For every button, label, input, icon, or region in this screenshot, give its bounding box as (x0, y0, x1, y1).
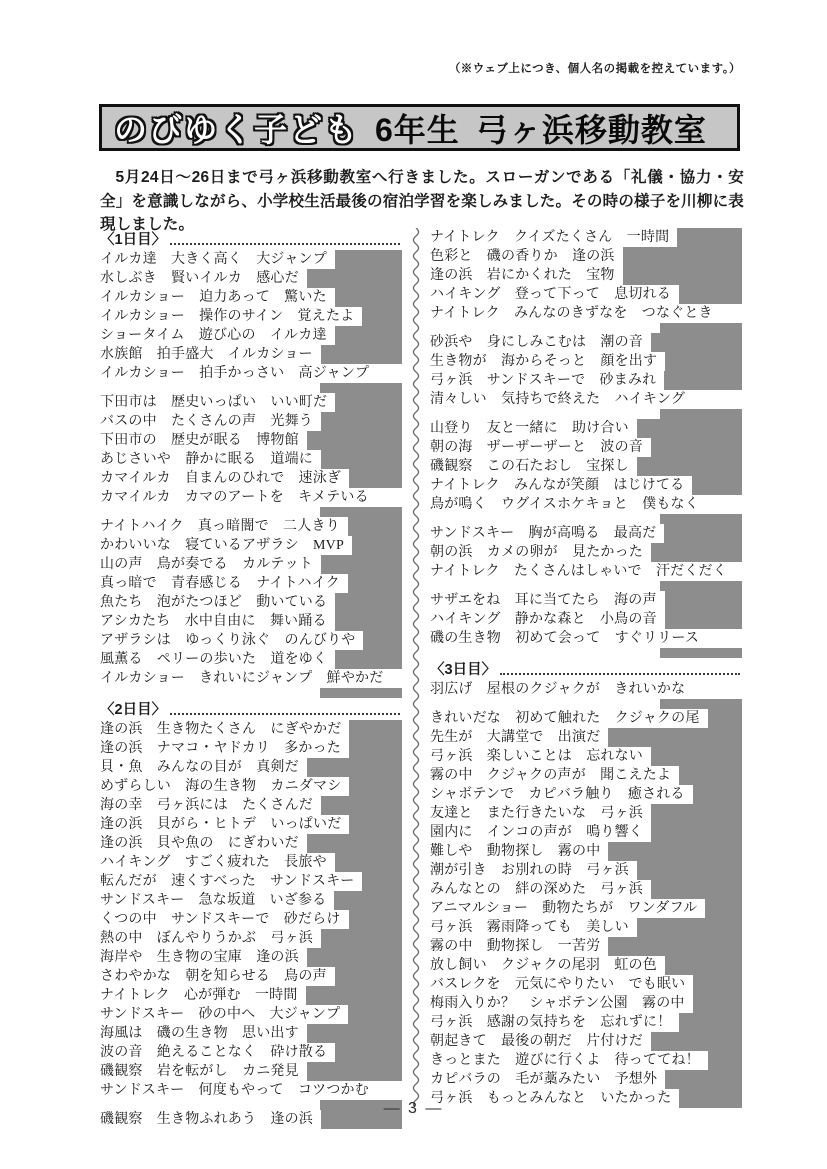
poem-text: 生き物が 海からそっと 顔を出す (430, 352, 657, 371)
poem-line: ナイトレク みんなが笑顔 はじけてる (430, 476, 742, 495)
poem-line: 園内に インコの声が 鳴り響く (430, 823, 742, 842)
poem-text: 弓ヶ浜 サンドスキーで 砂まみれ (430, 371, 656, 390)
poem-line: サンドスキー 砂の中へ 大ジャンプ (100, 1005, 402, 1024)
poem-text: イルカショー きれいにジャンプ 鮮やかだ (100, 669, 383, 688)
redacted-name-box (307, 431, 402, 450)
redacted-name-box (320, 507, 402, 517)
event-title: 弓ヶ浜移動教室 (476, 105, 707, 151)
poem-text: ショータイム 遊び心の イルカ達 (100, 326, 327, 345)
redacted-name-box (637, 419, 742, 438)
redacted-name-box (307, 834, 402, 853)
redacted-name-box (693, 994, 742, 1013)
redacted-name-box (660, 323, 742, 333)
scanned-newsletter-page: { "colors":{"redaction":"#8d8d8d","banne… (0, 0, 827, 1169)
poem-text: カマイルカ カマのアートを キメテいる (100, 488, 369, 507)
poem-line: ナイトハイク 真っ暗闇で 二人きり (100, 517, 402, 536)
poem-line: 下田市は 歴史いっぱい いい町だ (100, 393, 402, 412)
poem-text: イルカ達 大きく高く 大ジャンプ (100, 250, 327, 269)
redacted-name-box (608, 728, 742, 747)
poem-line: 霧の中 動物探し 一苦労 (430, 937, 742, 956)
redacted-name-box (320, 383, 402, 393)
poem-line: 山登り 友と一緒に 助け合い (430, 419, 742, 438)
section-header: 〈1日目〉 (100, 228, 402, 250)
poem-text: アニマルショー 動物たちが ワンダフル (430, 899, 697, 918)
poem-line: 山の声 鳥が奏でる カルテット (100, 555, 402, 574)
poem-text: 熱の中 ぼんやりうかぶ 弓ヶ浜 (100, 929, 313, 948)
poem-text: イルカショー 拍手かっさい 高ジャンプ (100, 364, 369, 383)
redacted-name-box (349, 739, 402, 758)
redacted-name-box (665, 610, 742, 629)
poem-text: さわやかな 朝を知らせる 鳥の声 (100, 967, 327, 986)
poem-text: 逢の浜 貝や魚の にぎわいだ (100, 834, 299, 853)
poem-text: ハイキング すごく疲れた 長旅や (100, 853, 327, 872)
poem-text: ハイキング 登って下って 息切れる (430, 285, 671, 304)
poem-text: 先生が 大講堂で 出演だ (430, 728, 600, 747)
poem-line: 海岸や 生き物の宝庫 逢の浜 (100, 948, 402, 967)
redacted-name-box (693, 785, 742, 804)
redacted-name-box (335, 1043, 402, 1062)
poem-line: ハイキング すごく疲れた 長旅や (100, 853, 402, 872)
poem-line: 砂浜や 身にしみこむは 潮の音 (430, 333, 742, 352)
redacted-name-box (335, 967, 402, 986)
redacted-name-box (637, 918, 742, 937)
poem-text: 朝の浜 カメの卵が 見たかった (430, 543, 643, 562)
poem-text: シャボテンで カピバラ触り 癒される (430, 785, 685, 804)
poem-text: 園内に インコの声が 鳴り響く (430, 823, 643, 842)
dotted-leader (170, 243, 400, 245)
poem-text: アザラシは ゆっくり泳ぐ のんびりや (100, 631, 355, 650)
redacted-name-box (708, 709, 742, 728)
poem-text: サンドスキー 砂の中へ 大ジャンプ (100, 1005, 340, 1024)
poem-line: イルカショー 迫力あって 驚いた (100, 288, 402, 307)
stanza-gap (100, 383, 402, 393)
redacted-name-box (321, 450, 402, 469)
stanza-gap (430, 648, 742, 658)
poem-text: 山の声 鳥が奏でる カルテット (100, 555, 313, 574)
poem-text: 霧の中 クジャクの声が 聞こえたよ (430, 766, 671, 785)
poem-text: 水族館 拍手盛大 イルカショー (100, 345, 313, 364)
poem-line: 朝の海 ザーザーザーと 波の音 (430, 438, 742, 457)
redacted-name-box (363, 631, 402, 650)
redacted-name-box (335, 650, 402, 669)
redacted-name-box (679, 766, 742, 785)
redacted-name-box (349, 720, 402, 739)
poem-line: 逢の浜 生き物たくさん にぎやかだ (100, 720, 402, 739)
redacted-name-box (335, 853, 402, 872)
redacted-name-box (321, 929, 402, 948)
redacted-name-box (679, 1013, 742, 1032)
poem-line: 逢の浜 貝がら・ヒトデ いっぱいだ (100, 815, 402, 834)
poem-line: 海の幸 弓ヶ浜には たくさんだ (100, 796, 402, 815)
redacted-name-box (307, 269, 402, 288)
poem-line: 逢の浜 貝や魚の にぎわいだ (100, 834, 402, 853)
redacted-name-box (651, 804, 742, 823)
section-label: 〈2日目〉 (100, 700, 166, 720)
redacted-name-box (651, 438, 742, 457)
poem-text: くつの中 サンドスキーで 砂だらけ (100, 910, 341, 929)
stanza-gap (430, 581, 742, 591)
poem-line: ナイトレク みんなのきずなを つなぐとき (430, 304, 742, 323)
poem-text: カマイルカ 自まんのひれで 速泳ぎ (100, 469, 341, 488)
poem-text: 磯観察 この石たおし 宝探し (430, 457, 629, 476)
poem-line: 鳥が鳴く ウグイスホケキョと 僕もなく (430, 495, 742, 514)
privacy-note: （※ウェブ上につき、個人名の掲載を控えています。） (449, 60, 741, 76)
redacted-name-box (623, 266, 742, 285)
poem-line: ナイトレク 心が弾む 一時間 (100, 986, 402, 1005)
poem-text: ナイトレク たくさんはしゃいで 汗だくだく (430, 562, 727, 581)
poem-line: あじさいや 静かに眠る 道端に (100, 450, 402, 469)
poem-text: ナイトレク 心が弾む 一時間 (100, 986, 298, 1005)
poem-line: かわいいな 寝ているアザラシ MVP (100, 536, 402, 555)
dotted-leader (170, 713, 400, 715)
poem-line: カマイルカ カマのアートを キメテいる (100, 488, 402, 507)
redacted-name-box (651, 747, 742, 766)
stanza-gap (430, 514, 742, 524)
section-label: 〈3日目〉 (430, 660, 496, 680)
wavy-line-path (414, 228, 419, 1106)
poem-line: 友達と また行きたいな 弓ヶ浜 (430, 804, 742, 823)
stanza-gap (430, 409, 742, 419)
poem-text: サンドスキー 何度もやって コツつかむ (100, 1081, 369, 1100)
poem-line: くつの中 サンドスキーで 砂だらけ (100, 910, 402, 929)
poem-text: あじさいや 静かに眠る 道端に (100, 450, 313, 469)
poem-line: 貝・魚 みんなの目が 真剣だ (100, 758, 402, 777)
poem-line: 真っ暗で 青春感じる ナイトハイク (100, 574, 402, 593)
poem-line: サンドスキー 何度もやって コツつかむ (100, 1081, 402, 1100)
poem-text: みんなとの 絆の深めた 弓ヶ浜 (430, 880, 643, 899)
poem-text: バスの中 たくさんの声 光舞う (100, 412, 313, 431)
poem-line: 波の音 絶えることなく 砕け散る (100, 1043, 402, 1062)
poem-text: 砂浜や 身にしみこむは 潮の音 (430, 333, 643, 352)
poem-text: 清々しい 気持ちで終えた ハイキング (430, 390, 685, 409)
page-number: — 3 — (0, 1100, 827, 1118)
poem-text: 下田市の 歴史が眠る 博物館 (100, 431, 299, 450)
poem-text: サザエをね 耳に当てたら 海の声 (430, 591, 657, 610)
redacted-name-box (660, 699, 742, 709)
poem-text: 難しや 動物探し 霧の中 (430, 842, 600, 861)
redacted-name-box (306, 986, 402, 1005)
section-header: 〈3日目〉 (430, 658, 742, 680)
poem-line: きっとまた 遊びに行くよ 待っててね！ (430, 1051, 742, 1070)
dotted-leader (500, 673, 740, 675)
poem-text: 海岸や 生き物の宝庫 逢の浜 (100, 948, 299, 967)
poem-line: イルカショー きれいにジャンプ 鮮やかだ (100, 669, 402, 688)
poem-column-right: ナイトレク クイズたくさん 一時間色彩と 磯の香りか 逢の浜逢の浜 岩にかくれた… (430, 228, 742, 1129)
poem-text: 海の幸 弓ヶ浜には たくさんだ (100, 796, 313, 815)
poem-line: 魚たち 泡がたつほど 動いている (100, 593, 402, 612)
poem-text: 潮が引き お別れの時 弓ヶ浜 (430, 861, 629, 880)
poem-line: 磯観察 この石たおし 宝探し (430, 457, 742, 476)
poem-line: 清々しい 気持ちで終えた ハイキング (430, 390, 742, 409)
poem-line: アザラシは ゆっくり泳ぐ のんびりや (100, 631, 402, 650)
redacted-name-box (349, 469, 402, 488)
poem-text: カピバラの 毛が藁みたい 予想外 (430, 1070, 657, 1089)
redacted-name-box (705, 899, 742, 918)
poem-line: 弓ヶ浜 楽しいことは 忘れない (430, 747, 742, 766)
poem-text: 転んだが 速くすべった サンドスキー (100, 872, 354, 891)
poem-line: めずらしい 海の生き物 カニダマシ (100, 777, 402, 796)
poem-line: 逢の浜 岩にかくれた 宝物 (430, 266, 742, 285)
redacted-name-box (651, 543, 742, 562)
poem-line: バスレクを 元気にやりたい でも眠い (430, 975, 742, 994)
poem-text: 水しぶき 賢いイルカ 感心だ (100, 269, 299, 288)
poem-text: 色彩と 磯の香りか 逢の浜 (430, 247, 615, 266)
redacted-name-box (349, 777, 402, 796)
poem-line: 磯観察 岩を転がし カニ発見 (100, 1062, 402, 1081)
poem-line: 色彩と 磯の香りか 逢の浜 (430, 247, 742, 266)
section-label: 〈1日目〉 (100, 230, 166, 250)
poem-line: 霧の中 クジャクの声が 聞こえたよ (430, 766, 742, 785)
redacted-name-box (349, 910, 402, 929)
redacted-name-box (321, 345, 402, 364)
poem-text: めずらしい 海の生き物 カニダマシ (100, 777, 341, 796)
poem-line: ショータイム 遊び心の イルカ達 (100, 326, 402, 345)
redacted-name-box (335, 593, 402, 612)
redacted-name-box (660, 648, 742, 658)
poem-text: きっとまた 遊びに行くよ 待っててね！ (430, 1051, 700, 1070)
poem-text: アシカたち 水中自由に 舞い踊る (100, 612, 327, 631)
poem-line: 羽広げ 屋根のクジャクが きれいかな (430, 680, 742, 699)
poem-text: 梅雨入りか？ シャボテン公園 霧の中 (430, 994, 685, 1013)
poem-text: ナイトレク クイズたくさん 一時間 (430, 228, 669, 247)
redacted-name-box (708, 1051, 742, 1070)
poem-line: バスの中 たくさんの声 光舞う (100, 412, 402, 431)
poem-line: 転んだが 速くすべった サンドスキー (100, 872, 402, 891)
redacted-name-box (665, 591, 742, 610)
poem-text: きれいだな 初めて触れた クジャクの尾 (430, 709, 700, 728)
redacted-name-box (335, 250, 402, 269)
redacted-name-box (651, 333, 742, 352)
redacted-name-box (665, 956, 742, 975)
poem-text: 貝・魚 みんなの目が 真剣だ (100, 758, 299, 777)
poem-line: 風薫る ペリーの歩いた 道をゆく (100, 650, 402, 669)
poem-line: みんなとの 絆の深めた 弓ヶ浜 (430, 880, 742, 899)
redacted-name-box (679, 285, 742, 304)
redacted-name-box (651, 880, 742, 899)
redacted-name-box (334, 891, 402, 910)
poem-line: 先生が 大講堂で 出演だ (430, 728, 742, 747)
stanza-gap (100, 688, 402, 698)
redacted-name-box (335, 288, 402, 307)
redacted-name-box (307, 1024, 402, 1043)
stanza-gap (430, 323, 742, 333)
poem-text: 逢の浜 ナマコ・ヤドカリ 多かった (100, 739, 341, 758)
redacted-name-box (637, 457, 742, 476)
redacted-name-box (623, 247, 742, 266)
poem-line: 生き物が 海からそっと 顔を出す (430, 352, 742, 371)
intro-paragraph: 5月24日～26日まで弓ヶ浜移動教室へ行きました。スローガンである「礼儀・協力・… (100, 166, 744, 237)
poem-text: 真っ暗で 青春感じる ナイトハイク (100, 574, 340, 593)
poem-line: 水しぶき 賢いイルカ 感心だ (100, 269, 402, 288)
redacted-name-box (348, 1005, 402, 1024)
poem-line: 難しや 動物探し 霧の中 (430, 842, 742, 861)
poem-line: 朝の浜 カメの卵が 見たかった (430, 543, 742, 562)
redacted-name-box (362, 872, 402, 891)
poem-text: イルカショー 操作のサイン 覚えたよ (100, 307, 354, 326)
poem-text: ナイトハイク 真っ暗闇で 二人きり (100, 517, 340, 536)
poem-line: 弓ヶ浜 感謝の気持ちを 忘れずに！ (430, 1013, 742, 1032)
poem-text: 逢の浜 貝がら・ヒトデ いっぱいだ (100, 815, 341, 834)
poem-text: 磯観察 岩を転がし カニ発見 (100, 1062, 299, 1081)
poem-line: 下田市の 歴史が眠る 博物館 (100, 431, 402, 450)
poem-line: シャボテンで カピバラ触り 癒される (430, 785, 742, 804)
wavy-divider-svg (409, 228, 423, 1106)
poem-line: 潮が引き お別れの時 弓ヶ浜 (430, 861, 742, 880)
poem-text: ナイトレク みんなが笑顔 はじけてる (430, 476, 684, 495)
poem-line: アニマルショー 動物たちが ワンダフル (430, 899, 742, 918)
redacted-name-box (664, 371, 742, 390)
redacted-name-box (651, 823, 742, 842)
redacted-name-box (335, 393, 402, 412)
poem-line: ナイトレク クイズたくさん 一時間 (430, 228, 742, 247)
poem-line: 弓ヶ浜 霧雨降っても 美しい (430, 918, 742, 937)
poem-text: 鳥が鳴く ウグイスホケキョと 僕もなく (430, 495, 699, 514)
redacted-name-box (665, 352, 742, 371)
poem-text: ハイキング 静かな森と 小鳥の音 (430, 610, 657, 629)
redacted-name-box (320, 688, 402, 698)
section-header: 〈2日目〉 (100, 698, 402, 720)
poem-line: サザエをね 耳に当てたら 海の声 (430, 591, 742, 610)
poem-text: かわいいな 寝ているアザラシ MVP (100, 536, 344, 555)
stanza-gap (100, 507, 402, 517)
poem-text: 弓ヶ浜 楽しいことは 忘れない (430, 747, 643, 766)
poem-text: 磯の生き物 初めて会って すぐリリース (430, 629, 699, 648)
poem-line: ハイキング 登って下って 息切れる (430, 285, 742, 304)
poem-line: 磯の生き物 初めて会って すぐリリース (430, 629, 742, 648)
redacted-name-box (664, 524, 742, 543)
poem-text: 海風は 磯の生き物 思い出す (100, 1024, 299, 1043)
poem-text: 魚たち 泡がたつほど 動いている (100, 593, 327, 612)
poem-line: 放し飼い クジャクの尾羽 虹の色 (430, 956, 742, 975)
poem-text: バスレクを 元気にやりたい でも眠い (430, 975, 685, 994)
poem-text: イルカショー 迫力あって 驚いた (100, 288, 327, 307)
poem-line: イルカ達 大きく高く 大ジャンプ (100, 250, 402, 269)
poem-text: 友達と また行きたいな 弓ヶ浜 (430, 804, 643, 823)
poem-line: 逢の浜 ナマコ・ヤドカリ 多かった (100, 739, 402, 758)
poem-text: 下田市は 歴史いっぱい いい町だ (100, 393, 327, 412)
poem-line: カピバラの 毛が藁みたい 予想外 (430, 1070, 742, 1089)
poem-text: 放し飼い クジャクの尾羽 虹の色 (430, 956, 657, 975)
redacted-name-box (349, 815, 402, 834)
poem-line: さわやかな 朝を知らせる 鳥の声 (100, 967, 402, 986)
redacted-name-box (608, 937, 742, 956)
redacted-name-box (321, 796, 402, 815)
poem-column-left: 〈1日目〉イルカ達 大きく高く 大ジャンプ水しぶき 賢いイルカ 感心だイルカショ… (100, 228, 402, 1129)
poem-text: サンドスキー 急な坂道 いざ参る (100, 891, 326, 910)
redacted-name-box (352, 536, 402, 555)
poem-line: サンドスキー 急な坂道 いざ参る (100, 891, 402, 910)
redacted-name-box (348, 517, 402, 536)
poem-line: 熱の中 ぼんやりうかぶ 弓ヶ浜 (100, 929, 402, 948)
redacted-name-box (665, 1070, 742, 1089)
redacted-name-box (362, 307, 402, 326)
poem-text: サンドスキー 胸が高鳴る 最高だ (430, 524, 656, 543)
poem-line: 朝起きて 最後の朝だ 片付けだ (430, 1032, 742, 1051)
poem-line: 水族館 拍手盛大 イルカショー (100, 345, 402, 364)
poem-line: イルカショー 操作のサイン 覚えたよ (100, 307, 402, 326)
redacted-name-box (348, 574, 402, 593)
poem-line: 弓ヶ浜 サンドスキーで 砂まみれ (430, 371, 742, 390)
poem-line: ナイトレク たくさんはしゃいで 汗だくだく (430, 562, 742, 581)
title-banner: のびゆく子ども 6年生 弓ヶ浜移動教室 (99, 104, 740, 151)
column-divider (402, 228, 430, 1129)
poem-text: 風薫る ペリーの歩いた 道をゆく (100, 650, 327, 669)
poem-line: アシカたち 水中自由に 舞い踊る (100, 612, 402, 631)
poem-text: 朝起きて 最後の朝だ 片付けだ (430, 1032, 643, 1051)
redacted-name-box (307, 948, 402, 967)
poem-text: 弓ヶ浜 霧雨降っても 美しい (430, 918, 629, 937)
poem-text: 逢の浜 岩にかくれた 宝物 (430, 266, 615, 285)
stanza-gap (430, 699, 742, 709)
poem-text: 羽広げ 屋根のクジャクが きれいかな (430, 680, 685, 699)
poem-text: 弓ヶ浜 感謝の気持ちを 忘れずに！ (430, 1013, 671, 1032)
redacted-name-box (321, 412, 402, 431)
grade-label: 6年生 (375, 105, 460, 151)
redacted-name-box (335, 612, 402, 631)
poem-line: サンドスキー 胸が高鳴る 最高だ (430, 524, 742, 543)
poem-text: 山登り 友と一緒に 助け合い (430, 419, 629, 438)
redacted-name-box (637, 861, 742, 880)
newsletter-title: のびゆく子ども (114, 104, 359, 151)
poem-line: ハイキング 静かな森と 小鳥の音 (430, 610, 742, 629)
poem-text: ナイトレク みんなのきずなを つなぐとき (430, 304, 713, 323)
redacted-name-box (693, 975, 742, 994)
redacted-name-box (660, 581, 742, 591)
poem-line: 海風は 磯の生き物 思い出す (100, 1024, 402, 1043)
redacted-name-box (335, 326, 402, 345)
poem-line: イルカショー 拍手かっさい 高ジャンプ (100, 364, 402, 383)
redacted-name-box (692, 476, 742, 495)
redacted-name-box (660, 409, 742, 419)
poem-line: 梅雨入りか？ シャボテン公園 霧の中 (430, 994, 742, 1013)
poem-text: 波の音 絶えることなく 砕け散る (100, 1043, 327, 1062)
redacted-name-box (651, 1032, 742, 1051)
redacted-name-box (677, 228, 742, 247)
redacted-name-box (307, 1062, 402, 1081)
poem-text: 朝の海 ザーザーザーと 波の音 (430, 438, 643, 457)
redacted-name-box (307, 758, 402, 777)
redacted-name-box (660, 514, 742, 524)
redacted-name-box (608, 842, 742, 861)
poem-text: 逢の浜 生き物たくさん にぎやかだ (100, 720, 341, 739)
poem-line: きれいだな 初めて触れた クジャクの尾 (430, 709, 742, 728)
redacted-name-box (321, 555, 402, 574)
poem-text: 霧の中 動物探し 一苦労 (430, 937, 600, 956)
poem-line: カマイルカ 自まんのひれで 速泳ぎ (100, 469, 402, 488)
poem-columns: 〈1日目〉イルカ達 大きく高く 大ジャンプ水しぶき 賢いイルカ 感心だイルカショ… (100, 228, 742, 1129)
